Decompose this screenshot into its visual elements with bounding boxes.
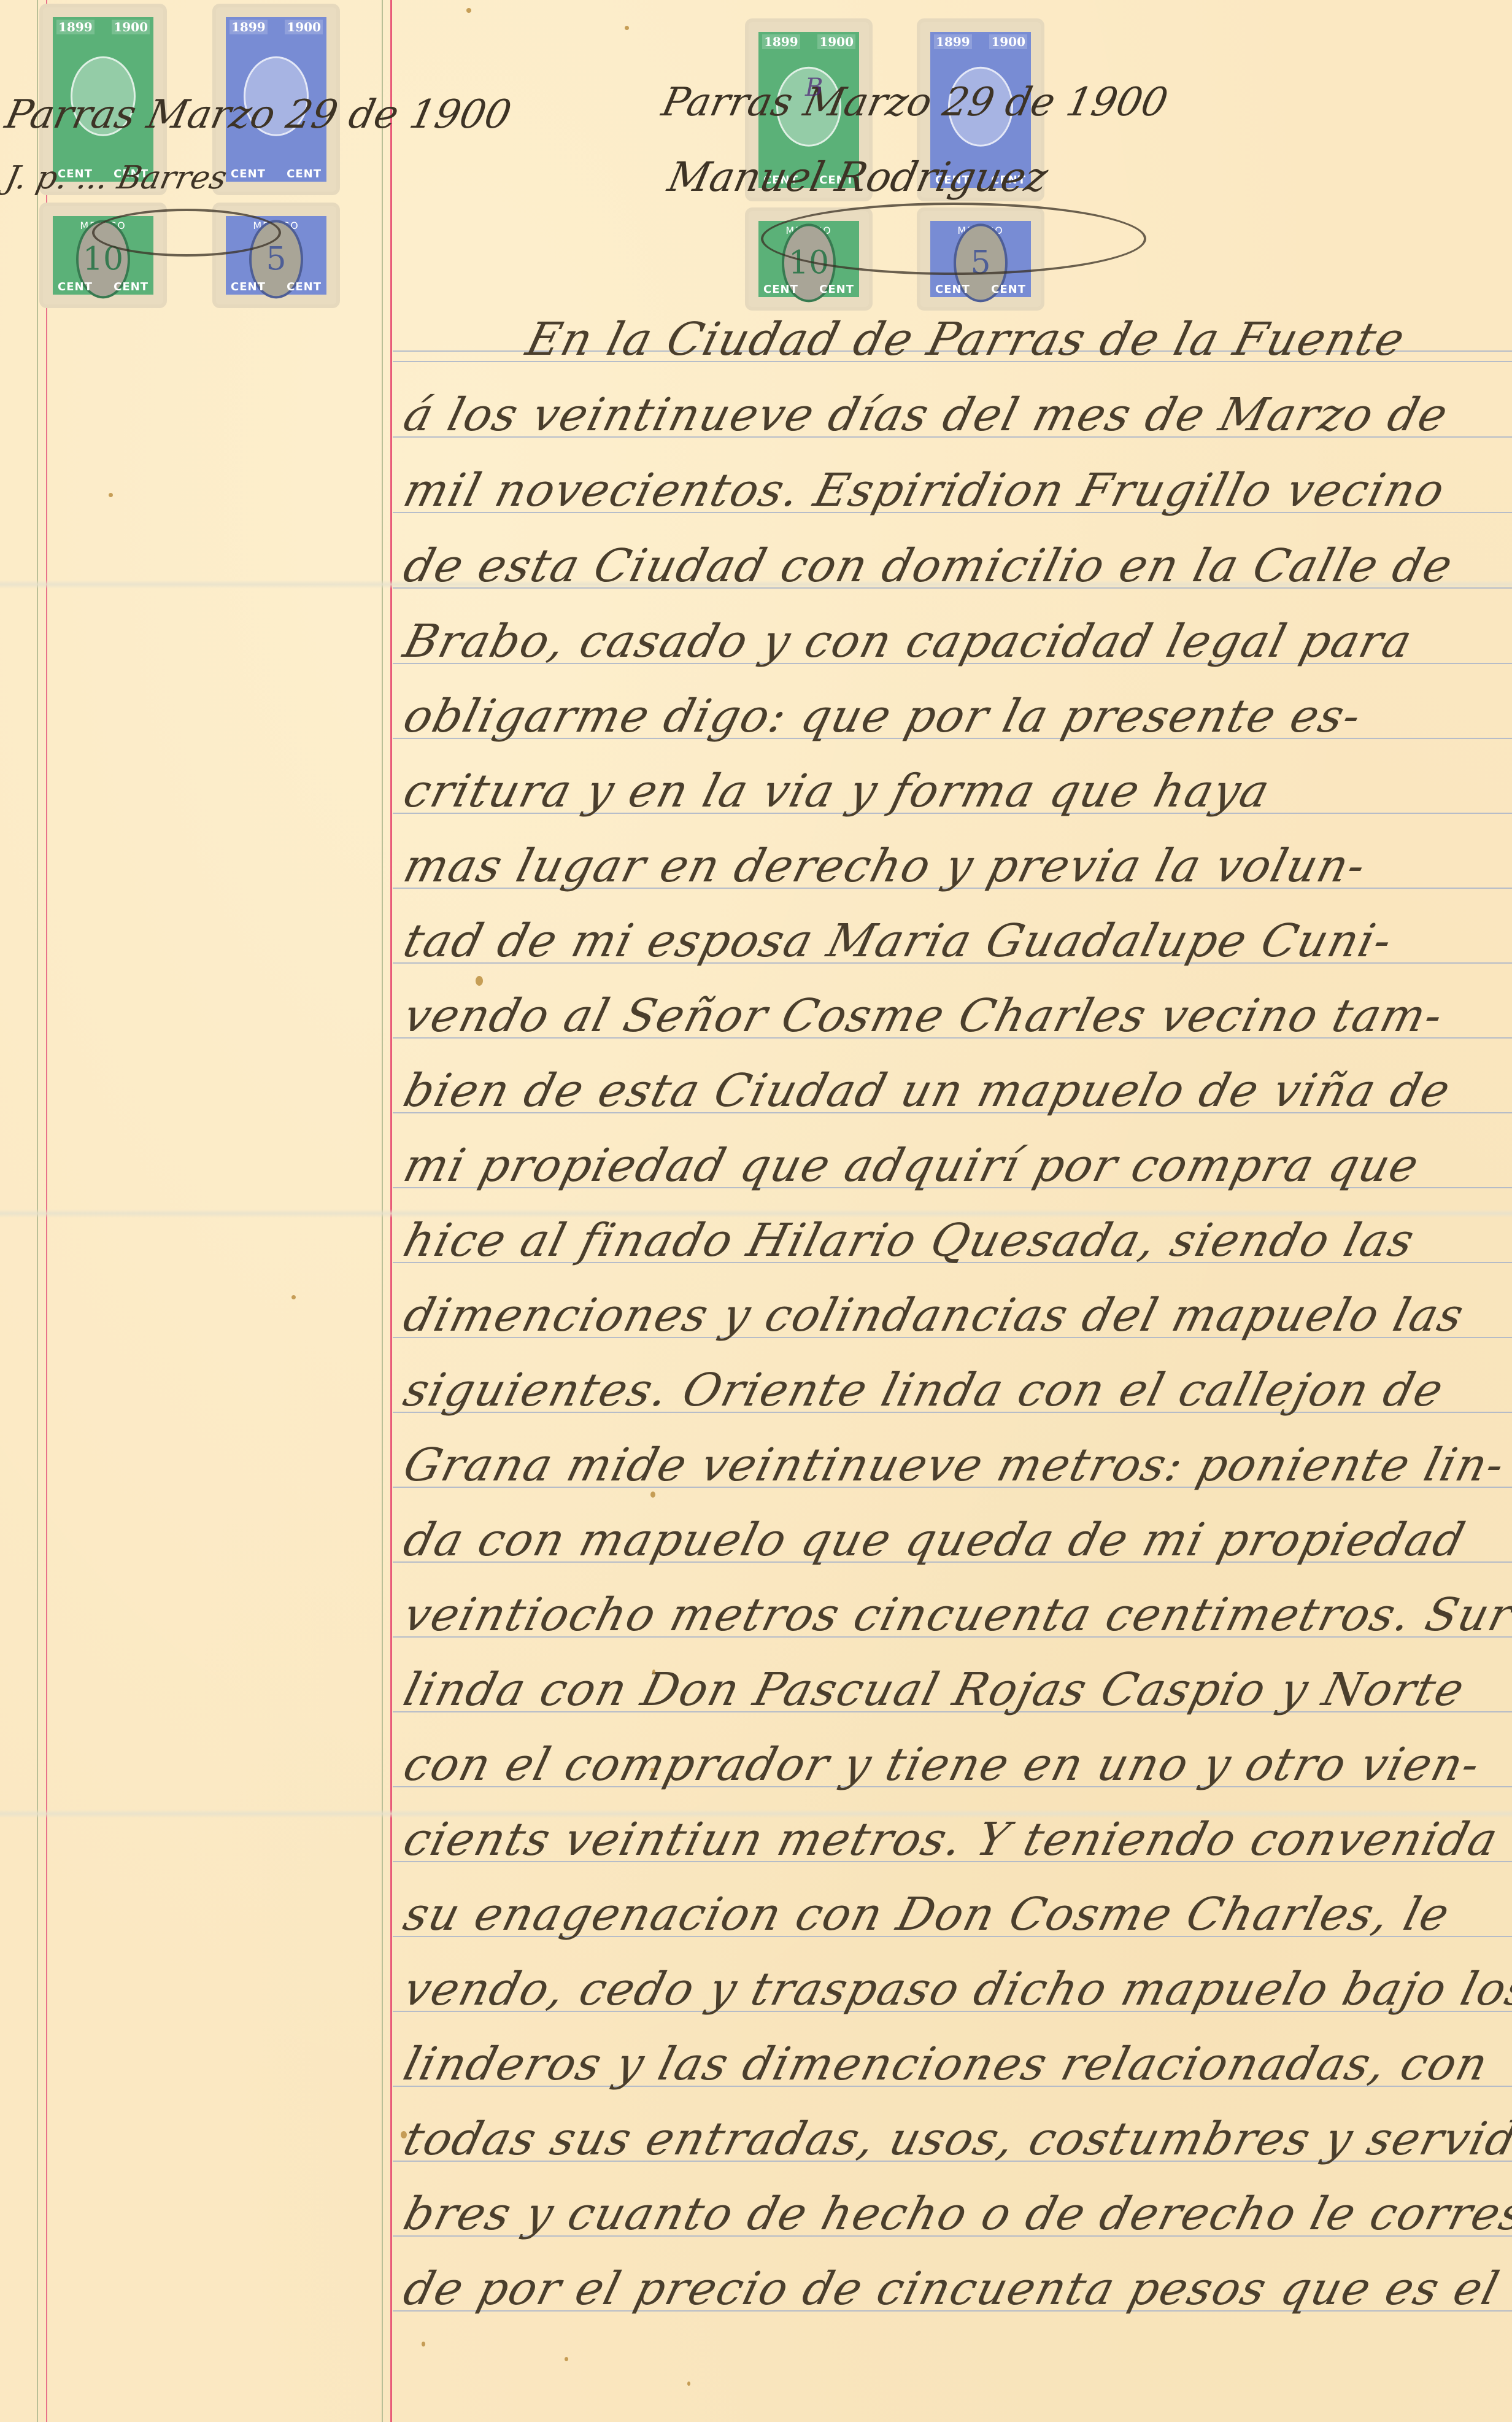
body-line-text: todas sus entradas, usos, costumbres y s… xyxy=(398,2113,1512,2165)
body-line-text: veintiocho metros cincuenta centimetros.… xyxy=(398,1588,1512,1641)
body-line: da con mapuelo que queda de mi propiedad xyxy=(393,1501,1512,1563)
body-line: todas sus entradas, usos, costumbres y s… xyxy=(393,2100,1512,2162)
body-line: hice al finado Hilario Quesada, siendo l… xyxy=(393,1202,1512,1263)
body-line-text: critura y en la via y forma que haya xyxy=(398,765,1276,818)
body-line-text: obligarme digo: que por la presente es- xyxy=(398,690,1367,743)
foxing-spot xyxy=(565,2357,568,2361)
body-line: linda con Don Pascual Rojas Caspio y Nor… xyxy=(393,1651,1512,1712)
stamp-cancellation-signature: J. p. ... Barres xyxy=(2,160,230,196)
body-line-text: mil novecientos. Espiridion Frugillo vec… xyxy=(398,464,1451,517)
foxing-spot xyxy=(650,1768,654,1773)
body-line: En la Ciudad de Parras de la Fuente xyxy=(393,301,1512,362)
body-line-text: mas lugar en derecho y previa la volun- xyxy=(398,840,1371,892)
body-line: vendo, cedo y traspaso dicho mapuelo baj… xyxy=(393,1951,1512,2012)
body-line-text: da con mapuelo que queda de mi propiedad xyxy=(398,1514,1471,1566)
stamp-year: 1900 xyxy=(989,34,1027,49)
body-line: Grana mide veintinueve metros: poniente … xyxy=(393,1426,1512,1488)
body-line: su enagenacion con Don Cosme Charles, le xyxy=(393,1876,1512,1937)
body-line-text: Brabo, casado y con capacidad legal para xyxy=(398,615,1418,668)
body-line: con el comprador y tiene en uno y otro v… xyxy=(393,1726,1512,1787)
body-line-text: Grana mide veintinueve metros: poniente … xyxy=(398,1439,1510,1492)
foxing-spot xyxy=(291,1295,296,1299)
stamp-unit: CENT xyxy=(58,281,93,293)
stamp-unit: CENT xyxy=(231,281,266,293)
foxing-spot xyxy=(687,2381,690,2386)
stamp-unit: CENT xyxy=(114,281,148,293)
stamp-unit: CENT xyxy=(287,168,322,180)
body-line: mi propiedad que adquirí por compra que xyxy=(393,1127,1512,1188)
signature-flourish-icon xyxy=(761,203,1146,275)
stamp-unit: CENT xyxy=(231,168,266,180)
body-line: de esta Ciudad con domicilio en la Calle… xyxy=(393,527,1512,589)
body-line: critura y en la via y forma que haya xyxy=(393,753,1512,814)
stamp-group-top: 1899 1900 CENT CENT 1899 1900 CENT CENT … xyxy=(644,0,1197,319)
body-line-text: linderos y las dimenciones relacionadas,… xyxy=(398,2038,1494,2091)
body-line-text: vendo, cedo y traspaso dicho mapuelo baj… xyxy=(398,1963,1512,2016)
body-line-text: tad de mi esposa Maria Guadalupe Cuni- xyxy=(398,915,1398,967)
body-line: bres y cuanto de hecho o de derecho le c… xyxy=(393,2175,1512,2237)
body-line-text: bres y cuanto de hecho o de derecho le c… xyxy=(398,2188,1512,2240)
body-line-text: su enagenacion con Don Cosme Charles, le xyxy=(398,1888,1456,1941)
body-line-text: de por el precio de cincuenta pesos que … xyxy=(398,2262,1505,2315)
document-page: 1899 1900 CENT CENT 1899 1900 CENT CENT … xyxy=(0,0,1512,2422)
body-line-text: mi propiedad que adquirí por compra que xyxy=(398,1139,1425,1192)
stamp-year: 1900 xyxy=(112,20,150,34)
stamp-group-left: 1899 1900 CENT CENT 1899 1900 CENT CENT … xyxy=(0,0,393,319)
body-line: vendo al Señor Cosme Charles vecino tam- xyxy=(393,977,1512,1039)
stamp-year: 1899 xyxy=(229,20,268,34)
body-line: mas lugar en derecho y previa la volun- xyxy=(393,827,1512,889)
signature-flourish-icon xyxy=(92,209,281,257)
foxing-spot xyxy=(625,26,629,30)
body-line-text: dimenciones y colindancias del mapuelo l… xyxy=(398,1289,1470,1342)
body-line-text: linda con Don Pascual Rojas Caspio y Nor… xyxy=(398,1663,1470,1716)
body-line: veintiocho metros cincuenta centimetros.… xyxy=(393,1576,1512,1638)
stamp-year: 1899 xyxy=(934,34,972,49)
body-line: bien de esta Ciudad un mapuelo de viña d… xyxy=(393,1052,1512,1113)
body-line-text: de esta Ciudad con domicilio en la Calle… xyxy=(398,540,1459,592)
stamp-year: 1900 xyxy=(817,34,855,49)
foxing-spot xyxy=(650,1492,655,1498)
body-line-text: á los veintinueve días del mes de Marzo … xyxy=(398,389,1454,441)
body-line: obligarme digo: que por la presente es- xyxy=(393,678,1512,739)
stamp-year: 1899 xyxy=(56,20,94,34)
purple-cancel-mark-icon: B xyxy=(805,74,823,102)
body-line: linderos y las dimenciones relacionadas,… xyxy=(393,2025,1512,2087)
body-line-text: hice al finado Hilario Quesada, siendo l… xyxy=(398,1214,1420,1267)
body-line: á los veintinueve días del mes de Marzo … xyxy=(393,376,1512,438)
stamp-year: 1900 xyxy=(285,20,323,34)
body-line: siguientes. Oriente linda con el callejo… xyxy=(393,1352,1512,1413)
body-line-text: siguientes. Oriente linda con el callejo… xyxy=(398,1364,1449,1417)
foxing-spot xyxy=(476,976,483,986)
body-line-text: con el comprador y tiene en uno y otro v… xyxy=(398,1738,1486,1791)
foxing-spot xyxy=(652,1669,655,1674)
stamp-year: 1899 xyxy=(762,34,800,49)
body-line: de por el precio de cincuenta pesos que … xyxy=(393,2250,1512,2312)
body-line: Brabo, casado y con capacidad legal para xyxy=(393,603,1512,664)
foxing-spot xyxy=(109,493,113,497)
foxing-spot xyxy=(401,2131,407,2138)
body-line-text: bien de esta Ciudad un mapuelo de viña d… xyxy=(398,1064,1456,1117)
foxing-spot xyxy=(466,8,471,13)
body-line-text: cients veintiun metros. Y teniendo conve… xyxy=(398,1813,1503,1866)
stamp-cancellation-date: Parras Marzo 29 de 1900 xyxy=(1,92,515,137)
body-line: cients veintiun metros. Y teniendo conve… xyxy=(393,1801,1512,1862)
stamp-cancellation-date: Parras Marzo 29 de 1900 xyxy=(658,80,1171,125)
foxing-spot xyxy=(422,2342,425,2347)
body-line: dimenciones y colindancias del mapuelo l… xyxy=(393,1277,1512,1338)
body-line: tad de mi esposa Maria Guadalupe Cuni- xyxy=(393,902,1512,964)
stamp-unit: CENT xyxy=(287,281,322,293)
body-line-text: En la Ciudad de Parras de la Fuente xyxy=(521,313,1411,366)
body-line: mil novecientos. Espiridion Frugillo vec… xyxy=(393,452,1512,513)
body-line-text: vendo al Señor Cosme Charles vecino tam- xyxy=(398,989,1449,1042)
stamp-cancellation-signature: Manuel Rodriguez xyxy=(664,153,1052,201)
